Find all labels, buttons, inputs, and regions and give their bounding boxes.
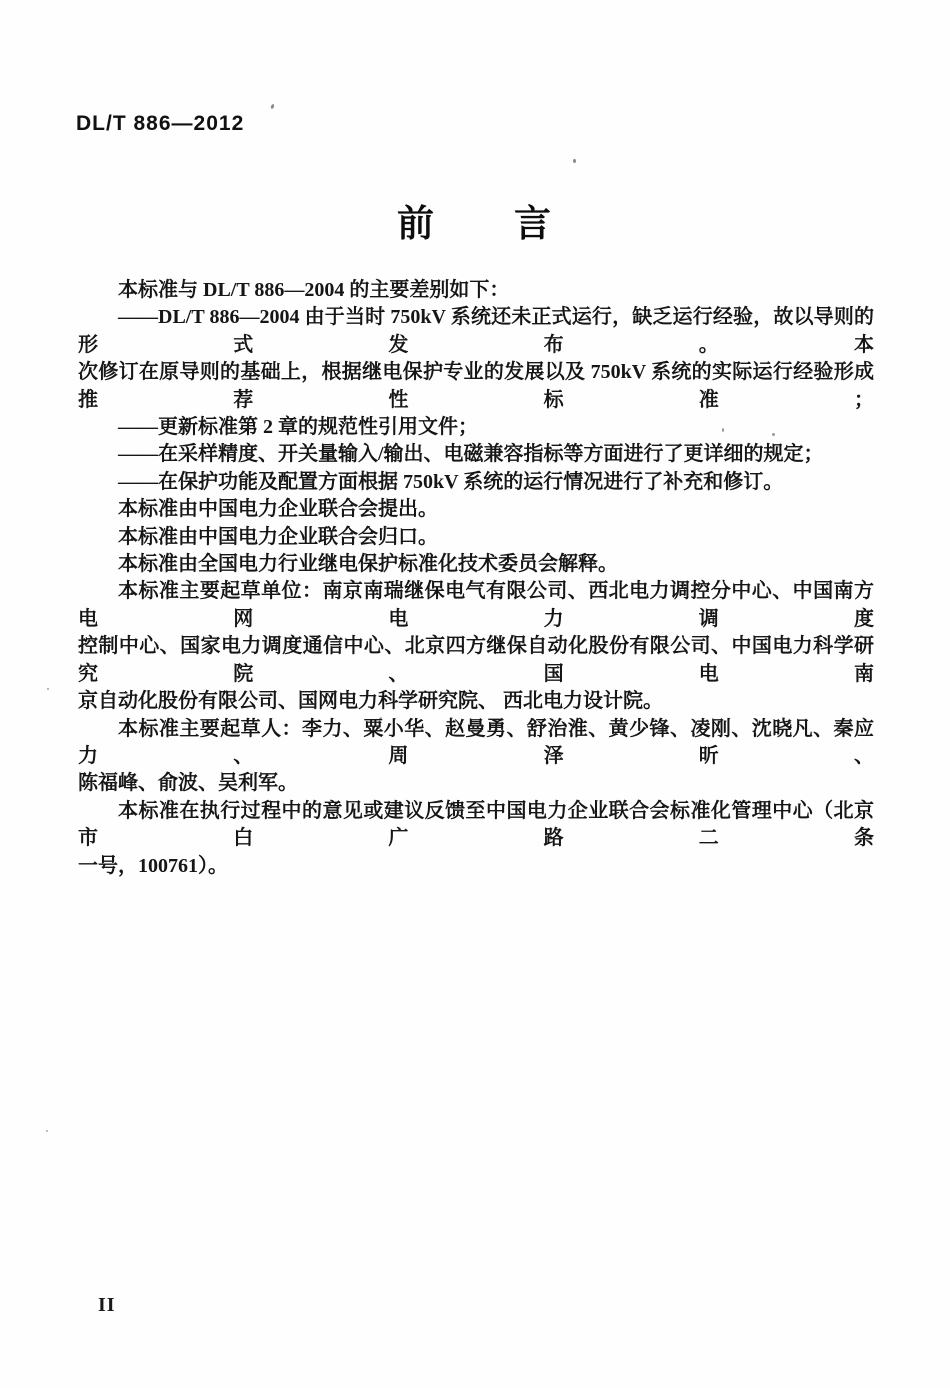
text-line: ——DL/T 886—2004 由于当时 750kV 系统还未正式运行，缺乏运行… — [78, 304, 874, 359]
page-title: 前 言 — [0, 193, 950, 247]
text-line: ——更新标准第 2 章的规范性引用文件； — [78, 414, 874, 441]
text-line: 本标准在执行过程中的意见或建议反馈至中国电力企业联合会标准化管理中心（北京市白广… — [78, 798, 874, 853]
text-line: 本标准由全国电力行业继电保护标准化技术委员会解释。 — [78, 551, 874, 578]
text-line: 本标准主要起草人：李力、粟小华、赵曼勇、舒治淮、黄少锋、凌刚、沈晓凡、秦应力、周… — [78, 716, 874, 771]
text-line: 本标准主要起草单位：南京南瑞继保电气有限公司、西北电力调控分中心、中国南方电网电… — [78, 578, 874, 633]
text-line: 陈福峰、俞波、吴利军。 — [78, 770, 874, 797]
text-line: 次修订在原导则的基础上，根据继电保护专业的发展以及 750kV 系统的实际运行经… — [78, 359, 874, 414]
scan-speckle — [46, 1130, 48, 1132]
page-number: II — [98, 1294, 116, 1317]
scan-speckle — [772, 433, 775, 436]
foreword-body: 本标准与 DL/T 886—2004 的主要差别如下： ——DL/T 886—2… — [78, 277, 874, 880]
scan-speckle — [722, 428, 724, 432]
standard-number-header: DL/T 886—2012 — [76, 112, 244, 136]
scan-speckle — [270, 104, 275, 110]
text-line: 一号，100761）。 — [78, 853, 874, 880]
text-line: 控制中心、国家电力调度通信中心、北京四方继保自动化股份有限公司、中国电力科学研究… — [78, 633, 874, 688]
scanned-document-page: DL/T 886—2012 前 言 本标准与 DL/T 886—2004 的主要… — [0, 0, 950, 1388]
text-line: ——在保护功能及配置方面根据 750kV 系统的运行情况进行了补充和修订。 — [78, 469, 874, 496]
text-line: 本标准由中国电力企业联合会提出。 — [78, 496, 874, 523]
scan-speckle — [47, 688, 49, 690]
scan-speckle — [573, 159, 576, 163]
text-line: 京自动化股份有限公司、国网电力科学研究院、 西北电力设计院。 — [78, 688, 874, 715]
text-line: ——在采样精度、开关量输入/输出、电磁兼容指标等方面进行了更详细的规定； — [78, 441, 874, 468]
text-line: 本标准由中国电力企业联合会归口。 — [78, 524, 874, 551]
scan-speckle — [380, 717, 382, 719]
text-line: 本标准与 DL/T 886—2004 的主要差别如下： — [78, 277, 874, 304]
